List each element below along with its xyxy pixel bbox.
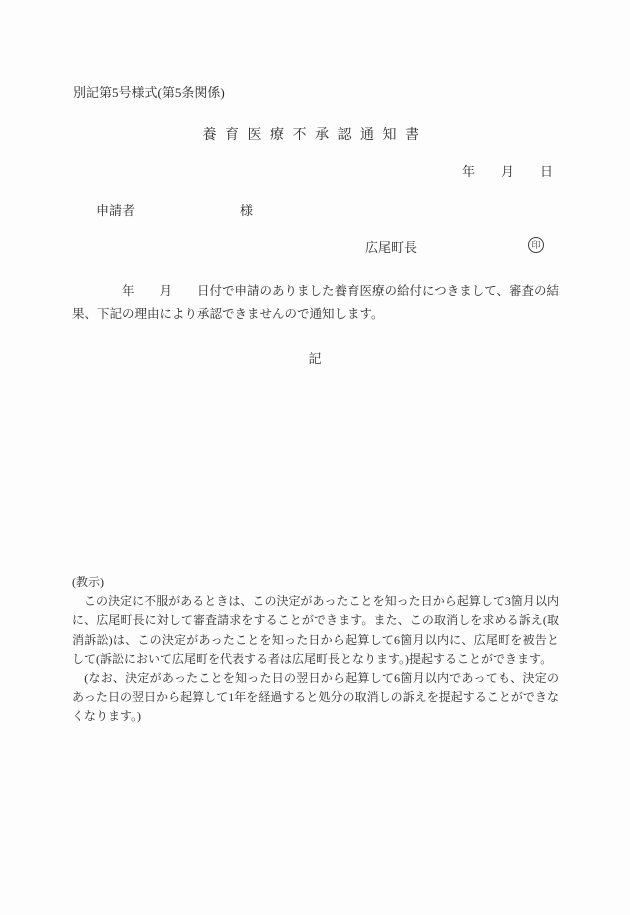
date-line: 年 月 日	[462, 161, 553, 180]
applicant-honorific: 様	[240, 200, 253, 219]
document-page: 別記第5号様式(第5条関係) 養育医療不承認通知書 年 月 日 申請者 様 広尾…	[0, 0, 630, 915]
appeal-notice-paragraph-2: (なお、決定があったことを知った日の翌日から起算して6箇月以内であっても、決定の…	[72, 669, 559, 727]
appeal-notice-heading: (教示)	[72, 573, 559, 592]
appeal-notice-paragraph-1: この決定に不服があるときは、この決定があったことを知った日から起算して3箇月以内…	[72, 592, 559, 669]
appeal-notice-block: (教示) この決定に不服があるときは、この決定があったことを知った日から起算して…	[72, 573, 559, 727]
applicant-label: 申請者	[96, 200, 135, 219]
page-title: 養育医療不承認通知書	[0, 124, 630, 144]
notification-body-paragraph: 年 月 日付で申請のありました養育医療の給付につきまして、審査の結果、下記の理由…	[72, 280, 559, 325]
applicant-row: 申請者 様	[0, 200, 630, 218]
issuer-name: 広尾町長	[365, 237, 417, 256]
record-heading: 記	[0, 348, 630, 367]
issuer-row: 広尾町長 印	[0, 237, 630, 257]
seal-icon: 印	[528, 237, 544, 253]
form-number: 別記第5号様式(第5条関係)	[73, 82, 225, 101]
